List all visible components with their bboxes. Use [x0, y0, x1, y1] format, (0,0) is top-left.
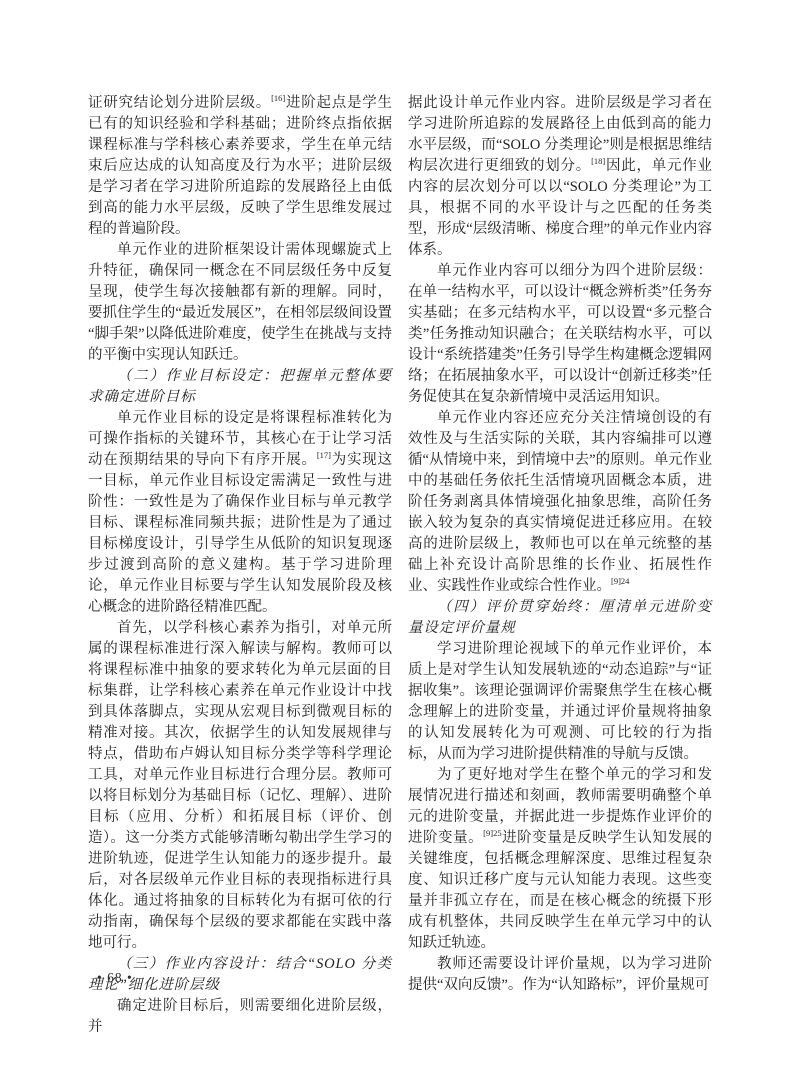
body-paragraph: 为了更好地对学生在整个单元的学习和发展情况进行描述和刻画，教师需要明确整个单元的… [408, 765, 712, 954]
citation-ref: [9]24 [611, 576, 629, 586]
left-column: 证研究结论划分进阶层级。[16]进阶起点是学生已有的知识经验和学科基础；进阶终点… [88, 93, 392, 1038]
text-run: 进阶起点是学生已有的知识经验和学科基础；进阶终点指依据课程标准与学科核心素养要求… [88, 95, 392, 237]
text-run: 教师还需要设计评价量规，以为学习进阶提供“双向反馈”。作为“认知路标”，评价量规… [408, 956, 712, 993]
text-run: 进阶变量是反映学生认知发展的关键维度，包括概念理解深度、思维过程复杂度、知识迁移… [408, 830, 712, 951]
citation-ref: [18] [591, 156, 605, 166]
text-run: （二）作业目标设定：把握单元整体要求确定进阶目标 [88, 368, 392, 405]
text-run: 确定进阶目标后，则需要细化进阶层级，并 [88, 998, 392, 1035]
text-run: 首先，以学科核心素养为指引，对单元所属的课程标准进行深入解读与解构。教师可以将课… [88, 620, 392, 951]
text-run: 单元作业内容还应充分关注情境创设的有效性及与生活实际的关联，其内容编排可以遵循“… [408, 410, 712, 594]
section-heading: （四）评价贯穿始终：厘清单元进阶变量设定评价量规 [408, 597, 712, 639]
body-paragraph: 教师还需要设计评价量规，以为学习进阶提供“双向反馈”。作为“认知路标”，评价量规… [408, 954, 712, 996]
body-paragraph: 首先，以学科核心素养为指引，对单元所属的课程标准进行深入解读与解构。教师可以将课… [88, 618, 392, 954]
page-number-text: • 68 • [97, 970, 133, 985]
body-paragraph: 单元作业目标的设定是将课程标准转化为可操作指标的关键环节，其核心在于让学习活动在… [88, 408, 392, 618]
section-heading: （三）作业内容设计：结合“SOLO 分类理论”细化进阶层级 [88, 954, 392, 996]
page-number: • 68 • [97, 969, 133, 987]
body-paragraph: 据此设计单元作业内容。进阶层级是学习者在学习进阶所追踪的发展路径上由低到高的能力… [408, 93, 712, 261]
text-run: （四）评价贯穿始终：厘清单元进阶变量设定评价量规 [408, 599, 712, 636]
text-run: 单元作业的进阶框架设计需体现螺旋式上升特征，确保同一概念在不同层级任务中反复呈现… [88, 242, 392, 363]
text-run: 为实现这一目标，单元作业目标设定需满足一致性与进阶性：一致性是为了确保作业目标与… [88, 452, 392, 615]
body-paragraph: 单元作业内容可以细分为四个进阶层级：在单一结构水平，可以设计“概念辨析类”任务夯… [408, 261, 712, 408]
text-run: （三）作业内容设计：结合“SOLO 分类理论”细化进阶层级 [88, 956, 392, 993]
text-columns: 证研究结论划分进阶层级。[16]进阶起点是学生已有的知识经验和学科基础；进阶终点… [88, 93, 712, 1038]
right-column: 据此设计单元作业内容。进阶层级是学习者在学习进阶所追踪的发展路径上由低到高的能力… [408, 93, 712, 1038]
text-run: 学习进阶理论视域下的单元作业评价，本质上是对学生认知发展轨迹的“动态追踪”与“证… [408, 641, 712, 762]
body-paragraph: 证研究结论划分进阶层级。[16]进阶起点是学生已有的知识经验和学科基础；进阶终点… [88, 93, 392, 240]
citation-ref: [17] [317, 450, 331, 460]
journal-page: 证研究结论划分进阶层级。[16]进阶起点是学生已有的知识经验和学科基础；进阶终点… [0, 0, 800, 1077]
body-paragraph: 单元作业的进阶框架设计需体现螺旋式上升特征，确保同一概念在不同层级任务中反复呈现… [88, 240, 392, 366]
text-run: 证研究结论划分进阶层级。 [88, 95, 271, 111]
section-heading: （二）作业目标设定：把握单元整体要求确定进阶目标 [88, 366, 392, 408]
body-paragraph: 单元作业内容还应充分关注情境创设的有效性及与生活实际的关联，其内容编排可以遵循“… [408, 408, 712, 597]
citation-ref: [16] [271, 93, 285, 103]
body-paragraph: 学习进阶理论视域下的单元作业评价，本质上是对学生认知发展轨迹的“动态追踪”与“证… [408, 639, 712, 765]
text-run: 单元作业内容可以细分为四个进阶层级：在单一结构水平，可以设计“概念辨析类”任务夯… [408, 263, 712, 405]
body-paragraph: 确定进阶目标后，则需要细化进阶层级，并 [88, 996, 392, 1038]
citation-ref: [9]25 [483, 828, 501, 838]
